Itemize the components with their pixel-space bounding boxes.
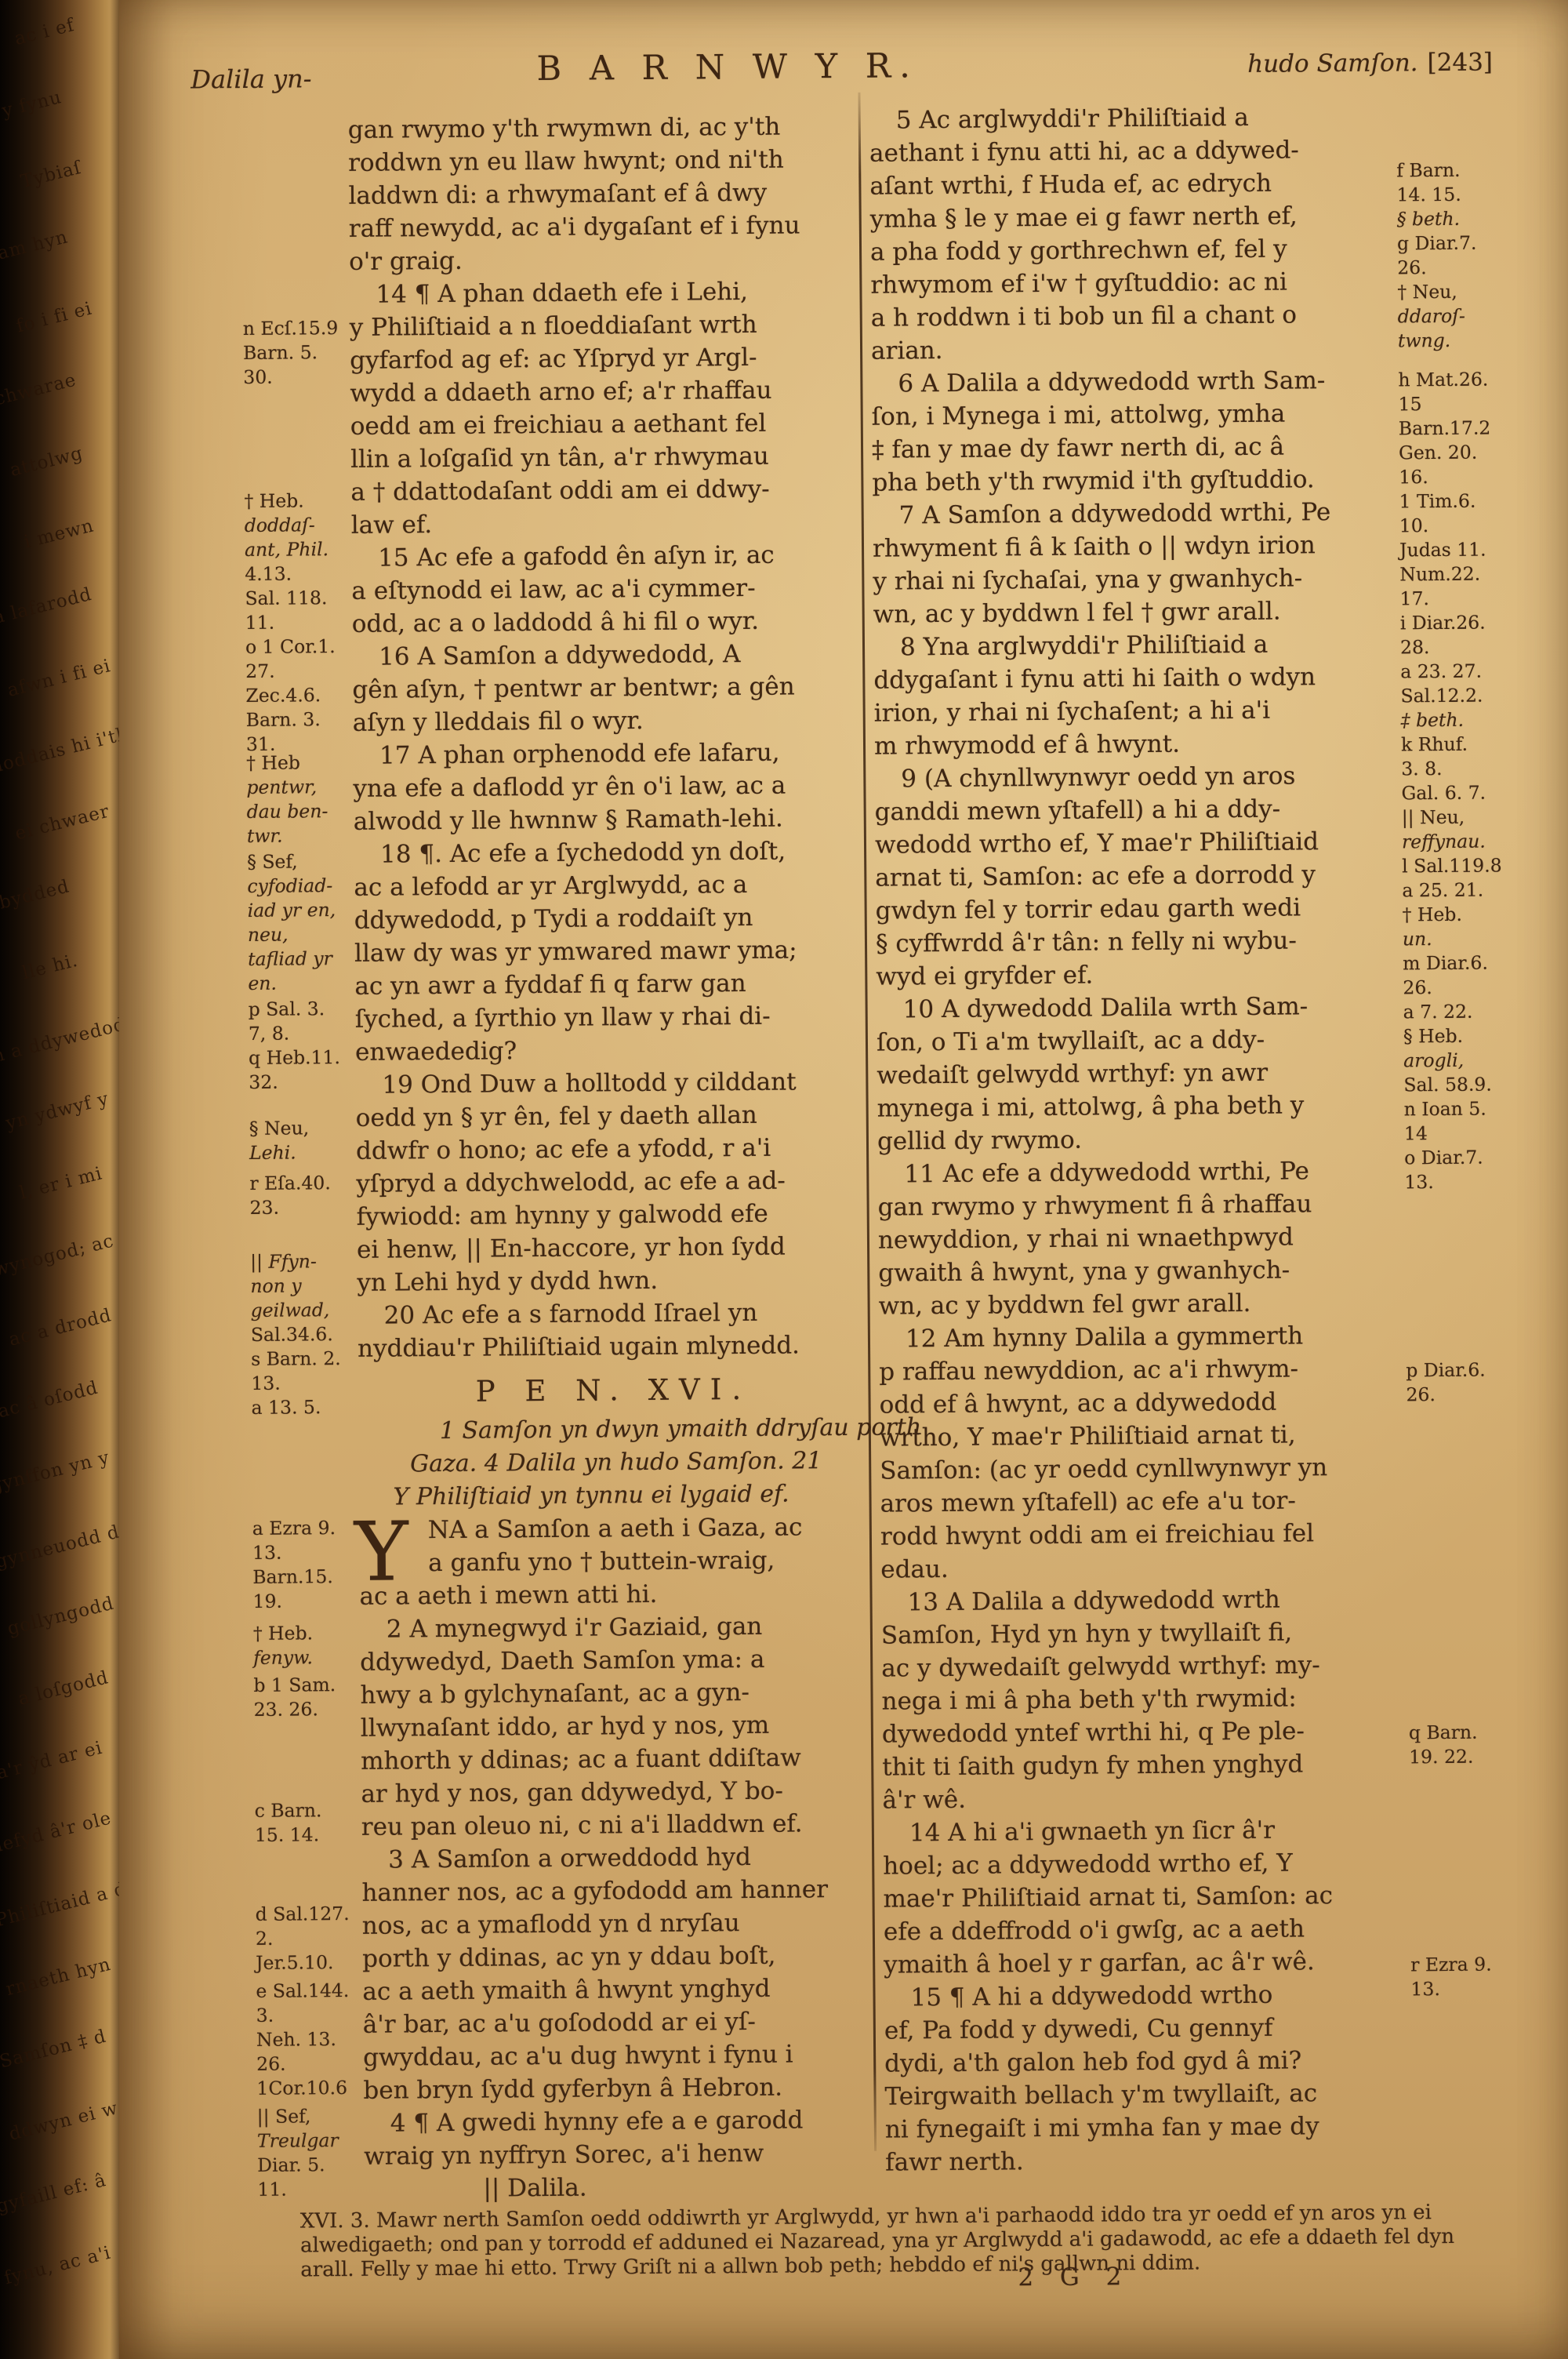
- text-line: enwaededig?: [355, 1032, 866, 1069]
- text-line: 18 ¶. Ac efe a ſychedodd yn doſt,: [354, 834, 865, 871]
- text-line: efe a ddeffrodd o'i gwſg, ac a aeth: [884, 1911, 1414, 1948]
- spine-text-fragment: ac i ef: [13, 15, 77, 49]
- text-line: m rhwymodd ef â hwynt.: [874, 725, 1404, 762]
- margin-note-line: geilwad,: [251, 1298, 341, 1323]
- margin-note-line: Sal. 118.: [245, 586, 335, 611]
- text-line: ganddi mewn yſtafell) a hi a ddy-: [875, 791, 1405, 828]
- text-line: 10 A dywedodd Dalila wrth Sam-: [876, 989, 1406, 1026]
- text-line: wedodd wrtho ef, Y mae'r Philiſtiaid: [875, 824, 1405, 861]
- margin-note-line: 26.: [1406, 1383, 1486, 1408]
- text-line: wraig yn nyffryn Sorec, a'i henw: [364, 2136, 875, 2173]
- text-line: wrtho, Y mae'r Philiſtiaid arnat ti,: [880, 1417, 1410, 1454]
- margin-note-line: 32.: [249, 1070, 340, 1095]
- text-line: llaw dy was yr ymwared mawr yma;: [354, 933, 866, 970]
- text-line: ac yn awr a fyddaf fi q farw gan: [354, 966, 866, 1003]
- margin-note-group: d Sal.127.2.Jer.5.10.: [256, 1902, 350, 1976]
- text-line: gwaith â hwynt, yna y gwanhych-: [878, 1252, 1408, 1289]
- margin-note-line: 1 Tim.6.: [1399, 489, 1499, 514]
- spine-text-fragment: afwn i fi ei: [5, 656, 113, 701]
- text-line: a eſtynodd ei law, ac a'i cymmer-: [351, 571, 862, 608]
- text-line: mae'r Philiſtiaid arnat ti, Samſon: ac: [883, 1878, 1413, 1915]
- chapter-summary: 1 Samſon yn dwyn ymaith ddryſau porthGaz…: [358, 1412, 870, 1514]
- text-line: p raffau newyddion, ac a'i rhwym-: [879, 1351, 1409, 1388]
- margin-note-line: b 1 Sam.: [253, 1673, 336, 1698]
- margin-note-line: fenyw.: [253, 1645, 313, 1670]
- margin-note-line: 19. 22.: [1409, 1745, 1478, 1770]
- margin-note-group: r Ezra 9.13.: [1410, 1953, 1492, 2002]
- text-line: porth y ddinas, ac yn y ddau boſt,: [362, 1939, 873, 1976]
- margin-note-line: p Diar.6.: [1406, 1358, 1486, 1383]
- text-line: wn, ac y byddwn fel gwr arall.: [878, 1285, 1408, 1322]
- text-line: edau.: [880, 1549, 1410, 1586]
- text-line: 4 ¶ A gwedi hynny efe a e garodd: [364, 2103, 875, 2140]
- margin-note-line: e Sal.144.: [256, 1979, 349, 2004]
- text-line: gan rwymo y rhwyment fi â rhaffau: [877, 1187, 1407, 1223]
- text-line: llwynaſant iddo, ar hyd y nos, ym: [361, 1708, 872, 1745]
- margin-note-line: 23.: [250, 1195, 332, 1220]
- margin-note-line: Judas 11.: [1399, 537, 1500, 562]
- text-line: a ganfu yno † buttein-wraig,: [359, 1543, 870, 1580]
- margin-note-group: † Heb.fenyw.: [253, 1621, 314, 1670]
- left-text-column: gan rwymo y'th rwymwn di, ac y'throddwn …: [348, 110, 876, 2206]
- margin-note-line: i Diar.26.: [1400, 610, 1501, 635]
- text-line: 9 (A chynllwynwyr oedd yn aros: [874, 758, 1404, 795]
- margin-note-line: 27.: [245, 659, 336, 684]
- text-line: ddygaſant i fynu atti hi ſaith o wdyn: [873, 660, 1403, 696]
- margin-note-line: § Heb.: [1403, 1023, 1504, 1049]
- text-line: nos, ac a ymaflodd yn d nryſau: [362, 1906, 873, 1943]
- text-line: nega i mi â pha beth y'th rwymid:: [881, 1681, 1411, 1717]
- margin-note-group: e Sal.144.3.Neh. 13.26.1Cor.10.6: [256, 1979, 350, 2101]
- margin-note-line: Barn. 5.: [243, 340, 339, 365]
- margin-note-line: 14: [1404, 1121, 1504, 1146]
- text-line: 8 Yna arglwyddi'r Philiſtiaid a: [873, 627, 1403, 663]
- margin-note-line: d Sal.127.: [256, 1902, 350, 1927]
- book-spine: ac i efy fynuTybiaſam hynfo i fi eichwar…: [0, 0, 119, 2359]
- text-line: gan rwymo y'th rwymwn di, ac y'th: [348, 110, 859, 147]
- text-line: 11 Ac efe a ddywedodd wrthi, Pe: [877, 1154, 1407, 1190]
- text-line: laddwn di: a rhwymaſant ef â dwy: [348, 176, 859, 213]
- page-title: B A R N W Y R.: [449, 45, 1006, 89]
- margin-note-line: g Diar.7.: [1397, 231, 1477, 256]
- text-line: gwdyn fel y torrir edau garth wedi: [876, 890, 1406, 927]
- spine-text-fragment: gynneuodd dân: [0, 1516, 119, 1572]
- text-line: arnat ti, Samſon: ac efe a dorrodd y: [875, 857, 1405, 894]
- text-line: Gaza. 4 Dalila yn hudo Samſon. 21: [358, 1445, 869, 1481]
- text-line: aros mewn yſtafell) ac efe a'u tor-: [880, 1483, 1410, 1520]
- margin-note-line: s Barn. 2.: [251, 1347, 341, 1372]
- margin-note-line: Diar. 5.: [257, 2153, 339, 2178]
- text-line: gyfarfod ag ef: ac Yſpryd yr Argl-: [350, 340, 861, 377]
- margin-note-group: f Barn.14. 15.§ beth.g Diar.7.26.† Neu,d…: [1396, 158, 1477, 354]
- spine-text-fragment: hoddais hi i'th: [0, 724, 119, 778]
- text-line: aſant wrthi, f Huda ef, ac edrych: [869, 165, 1399, 202]
- margin-note-line: o Diar.7.: [1404, 1145, 1504, 1170]
- text-line: Samſon, Hyd yn hyn y twyllaiſt fi,: [881, 1615, 1411, 1652]
- margin-note-group: q Barn.19. 22.: [1409, 1721, 1478, 1770]
- margin-note-group: r Eſa.40.23.: [249, 1171, 331, 1220]
- text-line: rodd hwynt oddi am ei freichiau fel: [880, 1516, 1410, 1553]
- margin-note-line: Lehi.: [249, 1140, 310, 1165]
- margin-note-line: § Neu,: [249, 1116, 310, 1141]
- margin-note-line: 11.: [257, 2177, 339, 2202]
- margin-note-line: Sal.34.6.: [251, 1322, 341, 1347]
- text-line: mhorth y ddinas; ac a fuant ddiſtaw: [361, 1741, 872, 1778]
- text-line: || Dalila.: [364, 2169, 875, 2206]
- margin-note-line: Sal. 58.9.: [1403, 1072, 1504, 1097]
- margin-note-group: b 1 Sam.23. 26.: [253, 1673, 336, 1722]
- margin-note-line: un.: [1403, 926, 1503, 951]
- spine-text-fragment: n a ddywedodd: [0, 1011, 119, 1067]
- margin-note-line: † Heb: [246, 751, 328, 776]
- text-line: hwy a b gylchynaſant, ac a gyn-: [360, 1675, 871, 1712]
- text-line: mynega i mi, attolwg, â pha beth y: [877, 1088, 1406, 1125]
- text-line: § cyffwrdd â'r tân: n felly ni wybu-: [876, 923, 1406, 960]
- text-line: alwodd y lle hwnnw § Ramath-lehi.: [354, 801, 865, 838]
- text-line: nyddiau'r Philiſtiaid ugain mlynedd.: [358, 1329, 869, 1365]
- text-line: y Philiſtiaid a n floeddiaſant wrth: [350, 307, 861, 344]
- margin-note-line: 23. 26.: [254, 1697, 336, 1722]
- text-line: arian.: [871, 330, 1401, 367]
- margin-note-line: 26.: [256, 2052, 350, 2077]
- spine-text-fragment: a lafarodd: [0, 584, 94, 628]
- text-line: â'r wê.: [882, 1779, 1412, 1816]
- margin-note-line: † Heb.: [253, 1621, 313, 1646]
- margin-note-group: n Ecſ.15.9Barn. 5.30.: [243, 316, 339, 390]
- margin-note-line: reffynau.: [1402, 829, 1502, 854]
- text-line: newyddion, y rhai ni wnaethpwyd: [878, 1219, 1408, 1256]
- text-line: 3 A Samſon a orweddodd hyd: [361, 1840, 873, 1877]
- margin-note-line: Treulgar: [257, 2128, 339, 2154]
- spine-text-fragment: chwarae: [0, 370, 78, 410]
- text-line: wn, ac y byddwn l fel † gwr arall.: [873, 594, 1403, 631]
- margin-note-line: q Heb.11.: [249, 1045, 340, 1070]
- text-line: wydd a ddaeth arno ef; a'r rhaffau: [350, 373, 861, 410]
- page-content: Dalila yn- B A R N W Y R. hudo Samſon.[2…: [112, 0, 1568, 2359]
- margin-note-line: † Heb.: [244, 489, 334, 514]
- text-line: ſon, o Ti a'm twyllaiſt, ac a ddy-: [877, 1022, 1406, 1059]
- spine-text-fragment: gollyngodd: [5, 1594, 116, 1640]
- spine-text-fragment: ac â oſodd: [0, 1378, 100, 1423]
- margin-note-line: ddaroſ-: [1398, 304, 1478, 329]
- margin-note-line: m Diar.6.: [1403, 951, 1503, 976]
- margin-note-line: Barn. 3.: [246, 707, 336, 732]
- margin-note-group: a Ezra 9.13.Barn.15.19.: [252, 1516, 336, 1614]
- margin-note-line: 26.: [1397, 256, 1477, 281]
- spine-text-fragment: gyfaill ef: â: [0, 2170, 108, 2217]
- margin-note-line: q Barn.: [1409, 1721, 1478, 1746]
- text-line: gwyddau, ac a'u dug hwynt i fynu i: [363, 2037, 874, 2074]
- spine-text-fragment: wynogod; ac: [0, 1230, 116, 1280]
- margin-note-line: Jer.5.10.: [256, 1950, 350, 1976]
- chapter16-lines: NA a Samſon a aeth i Gaza, aca ganfu yno…: [359, 1510, 876, 2206]
- margin-note-line: a 23. 27.: [1400, 659, 1501, 684]
- margin-note-line: 7, 8.: [249, 1021, 340, 1046]
- spine-text-fragment: yn ydwyf y: [4, 1089, 111, 1134]
- printer-signature: 2 G 2: [1018, 2263, 1131, 2292]
- text-line: 13 A Dalila a ddywedodd wrth: [880, 1582, 1410, 1619]
- text-line: a † ddattodaſant oddi am ei ddwy-: [350, 472, 862, 509]
- text-line: rhwymom ef i'w † gyſtuddio: ac ni: [870, 264, 1400, 301]
- text-line: ac y dywedaiſt gelwydd wrthyf: my-: [881, 1648, 1411, 1685]
- spine-text-fragment: a loſgodd: [16, 1667, 111, 1710]
- spine-text-fragment: y fynu: [0, 87, 64, 122]
- text-line: fawr nerth.: [885, 2142, 1415, 2179]
- margin-note-line: h Mat.26.: [1398, 367, 1498, 392]
- spine-text-fragment: a'r ŷd ar ei: [0, 1738, 104, 1784]
- margin-note-line: 15: [1399, 391, 1499, 416]
- text-line: rhwyment fi â k ſaith o || wdyn irion: [873, 528, 1403, 565]
- text-line: thit ti ſaith gudyn fy mhen ynghyd: [882, 1747, 1412, 1783]
- spine-text-fragment: i mewn: [22, 515, 96, 552]
- spine-text-fragment: am hyn: [0, 227, 70, 264]
- running-header-right: hudo Samſon.[243]: [1247, 48, 1561, 78]
- spine-text-fragment: ddwyn ei w: [7, 2098, 119, 2145]
- margin-note-line: Sal.12.2.: [1400, 683, 1501, 708]
- text-line: ef, Pa fodd y dywedi, Cu gennyf: [884, 2010, 1414, 2047]
- text-line: wyd ei gryfder ef.: [876, 956, 1406, 993]
- text-line: ac a aeth ymaith â hwynt ynghyd: [362, 1972, 873, 2008]
- spine-text-fragment: attolwg: [8, 443, 85, 481]
- text-line: NA a Samſon a aeth i Gaza, ac: [359, 1510, 870, 1547]
- margin-note-line: l Sal.119.8: [1402, 853, 1502, 878]
- spine-text-fragment: ac a drodd: [7, 1305, 114, 1350]
- page-number: [243]: [1427, 48, 1493, 77]
- text-line: 17 A phan orphenodd efe lafaru,: [353, 736, 864, 772]
- text-line: yn Lehi hyd y dydd hwn.: [357, 1263, 868, 1299]
- text-line: hoel; ac a ddywedodd wrtho ef, Y: [883, 1845, 1413, 1882]
- text-line: wedaiſt gelwydd wrthyf: yn awr: [877, 1055, 1406, 1092]
- margin-note-line: † Neu,: [1397, 280, 1477, 305]
- text-line: 15 Ac efe a gafodd ên aſyn ir, ac: [351, 538, 862, 575]
- text-line: Y Philiſtiaid yn tynnu ei lygaid ef.: [358, 1478, 869, 1514]
- margin-note-group: † Heb.doddaſ-ant, Phil.4.13.Sal. 118.11.…: [244, 489, 336, 757]
- text-line: ddywedyd, Daeth Samſon yma: a: [360, 1642, 871, 1679]
- margin-note-line: iad yr en,: [248, 898, 336, 923]
- text-line: 14 ¶ A phan ddaeth efe i Lehi,: [349, 274, 860, 311]
- spine-text-fragment: Tybiaſ: [19, 158, 84, 192]
- margin-note-line: 13.: [1404, 1169, 1504, 1194]
- spine-text-fragment: l, er i mi: [17, 1163, 104, 1203]
- margin-note-line: Gal. 6. 7.: [1401, 780, 1501, 805]
- margin-note-group: || Sef,TreulgarDiar. 5.11.: [257, 2104, 339, 2202]
- text-line: pha beth y'th rwymid i'th gyſtuddio.: [872, 462, 1402, 499]
- margin-note-line: 26.: [1403, 975, 1503, 1000]
- margin-note-line: 13.: [251, 1371, 341, 1396]
- margin-note-line: ‡ beth.: [1401, 707, 1501, 732]
- text-line: Samſon: (ac yr oedd cynllwynwyr yn: [880, 1450, 1410, 1487]
- spine-text-fragment: Philiſtiaid a d: [0, 1879, 119, 1932]
- text-line: ar hyd y nos, gan ddywedyd, Y bo-: [361, 1774, 872, 1811]
- margin-note-line: r Ezra 9.: [1410, 1953, 1492, 1978]
- margin-note-line: cyfodiad-: [247, 874, 336, 899]
- margin-note-line: 2.: [256, 1926, 350, 1951]
- margin-note-group: p Sal. 3.7, 8.q Heb.11.32.: [249, 997, 341, 1095]
- margin-note-line: a Ezra 9.: [252, 1516, 336, 1541]
- margin-note-line: p Sal. 3.: [249, 997, 340, 1022]
- margin-note-line: dau ben-: [247, 799, 328, 824]
- spine-text-fragment: rnaeth hyn: [4, 1954, 113, 2000]
- margin-note-line: Barn.17.2: [1399, 416, 1499, 441]
- text-line: gên aſyn, † pentwr ar bentwr; a gên: [352, 670, 863, 707]
- text-line: 12 Am hynny Dalila a gymmerth: [879, 1318, 1409, 1355]
- text-line: gellid dy rwymo.: [877, 1121, 1407, 1158]
- text-line: y rhai ni ſychaſai, yna y gwanhych-: [873, 561, 1403, 598]
- text-line: odd ef â hwynt, ac a ddywedodd: [879, 1384, 1409, 1421]
- text-line: â'r bar, ac a'u goſododd ar ei yſ-: [363, 2005, 874, 2041]
- spine-text-fragment: ei chwaer: [13, 801, 112, 845]
- margin-note-group: † Hebpentwr,dau ben-twr.: [246, 751, 328, 849]
- margin-note-group: h Mat.26.15Barn.17.2Gen. 20.16.1 Tim.6.1…: [1398, 367, 1504, 1194]
- margin-note-group: || Ffyn-non ygeilwad,Sal.34.6.s Barn. 2.…: [250, 1249, 341, 1420]
- margin-note-line: f Barn.: [1396, 158, 1476, 184]
- margin-note-group: § Neu,Lehi.: [249, 1116, 310, 1165]
- text-line: aethant i fynu atti hi, ac a ddywed-: [869, 133, 1399, 169]
- drop-cap: Y: [354, 1518, 408, 1585]
- text-line: 5 Ac arglwyddi'r Philiſtiaid a: [869, 100, 1399, 136]
- text-line: dywedodd yntef wrthi hi, q Pe ple-: [882, 1714, 1412, 1750]
- text-line: ‡ fan y mae dy fawr nerth di, ac â: [872, 429, 1402, 466]
- margin-note-line: n Ioan 5.: [1404, 1096, 1504, 1121]
- text-line: ſyched, a ſyrthio yn llaw y rhai di-: [355, 999, 866, 1036]
- margin-note-line: Neh. 13.: [256, 2027, 350, 2052]
- spine-text-fragment: Samſon ‡ d: [0, 2026, 108, 2073]
- margin-note-line: r Eſa.40.: [249, 1171, 331, 1196]
- margin-note-line: 11.: [245, 610, 336, 635]
- margin-note-line: 13.: [252, 1540, 336, 1565]
- margin-note-line: neu,: [248, 922, 336, 947]
- book-scan: ac i efy fynuTybiaſam hynfo i fi eichwar…: [0, 0, 1568, 2359]
- margin-note-line: Zec.4.6.: [245, 683, 336, 708]
- text-line: aſyn y lleddais fil o wyr.: [353, 703, 864, 740]
- margin-note-line: tafliad yr: [248, 947, 336, 972]
- text-line: 7 A Samſon a ddywedodd wrthi, Pe: [873, 495, 1403, 532]
- text-line: hanner nos, ac a gyfododd am hanner: [361, 1873, 873, 1910]
- margin-note-line: arogli,: [1403, 1048, 1504, 1073]
- margin-note-line: 16.: [1399, 464, 1499, 489]
- chapter15-body: gan rwymo y'th rwymwn di, ac y'throddwn …: [348, 110, 869, 1365]
- margin-note-line: Gen. 20.: [1399, 440, 1499, 465]
- margin-note-line: Barn.15.: [252, 1565, 336, 1590]
- text-line: 20 Ac efe a s farnodd Iſrael yn: [358, 1296, 869, 1332]
- margin-note-line: || Sef,: [257, 2104, 339, 2129]
- text-line: 6 A Dalila a ddywedodd wrth Sam-: [871, 363, 1401, 400]
- text-line: oedd yn § yr ên, fel y daeth allan: [356, 1098, 867, 1135]
- text-line: 14 A hi a'i gwnaeth yn ſicr â'r: [883, 1812, 1413, 1849]
- text-line: ni fynegaiſt i mi ymha fan y mae dy: [885, 2109, 1415, 2146]
- margin-note-line: doddaſ-: [245, 513, 335, 538]
- margin-note-line: pentwr,: [246, 775, 328, 800]
- text-line: raff newydd, ac a'i dygaſant ef i fynu: [349, 209, 860, 245]
- margin-note-line: non y: [250, 1274, 340, 1299]
- text-line: odd, ac a o laddodd â hi fil o wyr.: [352, 604, 863, 641]
- margin-note-line: 14. 15.: [1396, 183, 1476, 208]
- margin-note-group: § Sef,cyfodiad-iad yr en,neu,tafliad yre…: [247, 849, 336, 996]
- margin-note-line: twng.: [1398, 329, 1478, 354]
- margin-note-line: ant, Phil.: [245, 537, 335, 562]
- margin-note-line: a 13. 5.: [252, 1395, 342, 1420]
- book-page: Dalila yn- B A R N W Y R. hudo Samſon.[2…: [119, 0, 1568, 2359]
- text-line: ſon, i Mynega i mi, attolwg, ymha: [872, 396, 1402, 433]
- margin-note-line: 3.: [256, 2003, 350, 2028]
- text-line: o'r graig.: [349, 242, 860, 278]
- margin-note-line: 17.: [1399, 586, 1500, 611]
- spine-text-fragment: fynu, ac a'i: [2, 2243, 113, 2289]
- text-line: yſpryd a ddychwelodd, ac efe a ad-: [356, 1164, 867, 1201]
- text-line: 15 ¶ A hi a ddywedodd wrtho: [884, 1977, 1414, 2014]
- margin-note-line: a 7. 22.: [1403, 999, 1504, 1024]
- spine-text-fragment: hefyd â'r ole: [0, 1808, 114, 1857]
- margin-note-line: § Sef,: [247, 849, 336, 874]
- margin-note-line: c Barn.: [255, 1798, 322, 1823]
- text-line: ymaith â hoel y r garfan, ac â'r wê.: [884, 1944, 1414, 1981]
- text-line: law ef.: [351, 505, 862, 542]
- text-line: a pha fodd y gorthrechwn ef, fel y: [870, 231, 1400, 268]
- margin-note-line: Num.22.: [1399, 562, 1500, 587]
- text-line: oedd am ei freichiau a aethant fel: [350, 406, 862, 443]
- text-line: ben bryn ſydd gyferbyn â Hebron.: [363, 2070, 874, 2107]
- margin-note-line: k Rhuf.: [1401, 732, 1501, 757]
- footnote: XVI. 3. Mawr nerth Samſon oedd oddiwrth …: [300, 2200, 1568, 2283]
- text-line: Teirgwaith bellach y'm twyllaiſt, ac: [884, 2076, 1414, 2113]
- text-line: 19 Ond Duw a holltodd y cilddant: [355, 1065, 866, 1102]
- text-line: irion, y rhai ni ſychaſent; a hi a'i: [874, 692, 1404, 729]
- text-line: dydi, a'th galon heb fod gyd â mi?: [884, 2043, 1414, 2080]
- text-line: ddwfr o hono; ac efe a yfodd, r a'i: [356, 1131, 867, 1168]
- text-line: ac a aeth i mewn atti hi.: [359, 1576, 870, 1613]
- margin-note-line: en.: [248, 971, 336, 996]
- margin-note-line: 28.: [1400, 634, 1501, 660]
- margin-note-line: § beth.: [1397, 207, 1477, 232]
- running-header-left: Dalila yn-: [191, 64, 311, 94]
- margin-note-line: † Heb.: [1403, 902, 1503, 927]
- text-line: ei henw, || En-haccore, yr hon ſydd: [357, 1230, 868, 1267]
- text-line: roddwn yn eu llaw hwynt; ond ni'th: [348, 143, 859, 180]
- text-line: 16 A Samſon a ddywedodd, A: [352, 637, 863, 674]
- text-line: ymha § le y mae ei g fawr nerth ef,: [870, 198, 1400, 235]
- margin-note-line: 13.: [1410, 1977, 1492, 2002]
- spine-text-fragment: fo i fi ei: [14, 298, 94, 336]
- spine-text-fragment: gynffon yn y: [0, 1448, 111, 1497]
- margin-note-line: twr.: [247, 823, 328, 849]
- margin-note-line: 19.: [252, 1589, 336, 1614]
- text-line: fywiodd: am hynny y galwodd efe: [357, 1197, 868, 1234]
- margin-note-line: 10.: [1399, 513, 1500, 538]
- text-line: 2 A mynegwyd i'r Gaziaid, gan: [360, 1609, 871, 1646]
- spine-text-fragment: bydded: [0, 876, 71, 913]
- text-line: ddywedodd, p Tydi a roddaiſt yn: [354, 900, 866, 937]
- chapter16-body: Y NA a Samſon a aeth i Gaza, aca ganfu y…: [359, 1510, 876, 2206]
- text-line: 1 Samſon yn dwyn ymaith ddryſau porth: [358, 1412, 869, 1448]
- text-line: ac a lefodd ar yr Arglwydd, ac a: [354, 867, 865, 904]
- margin-note-group: p Diar.6.26.: [1406, 1358, 1486, 1408]
- margin-note-line: o 1 Cor.1.: [245, 634, 336, 660]
- margin-note-line: a 25. 21.: [1402, 878, 1502, 903]
- text-line: yna efe a daflodd yr ên o'i law, ac a: [353, 769, 864, 805]
- spine-text-fragment: lle hi.: [20, 951, 80, 984]
- margin-note-line: 3. 8.: [1401, 756, 1501, 781]
- margin-note-line: 15. 14.: [255, 1823, 322, 1848]
- text-line: reu pan oleuo ni, c ni a'i lladdwn ef.: [361, 1807, 873, 1844]
- margin-note-line: 1Cor.10.6: [256, 2076, 350, 2101]
- running-header-right-text: hudo Samſon.: [1247, 49, 1418, 78]
- chapter-heading: P E N. XVI.: [358, 1361, 869, 1416]
- margin-note-line: || Ffyn-: [250, 1249, 340, 1274]
- margin-note-line: 4.13.: [245, 562, 335, 587]
- text-line: a h roddwn i ti bob un fil a chant o: [871, 297, 1401, 334]
- text-line: llin a loſgaſid yn tân, a'r rhwymau: [350, 439, 862, 476]
- margin-note-line: 30.: [243, 365, 339, 390]
